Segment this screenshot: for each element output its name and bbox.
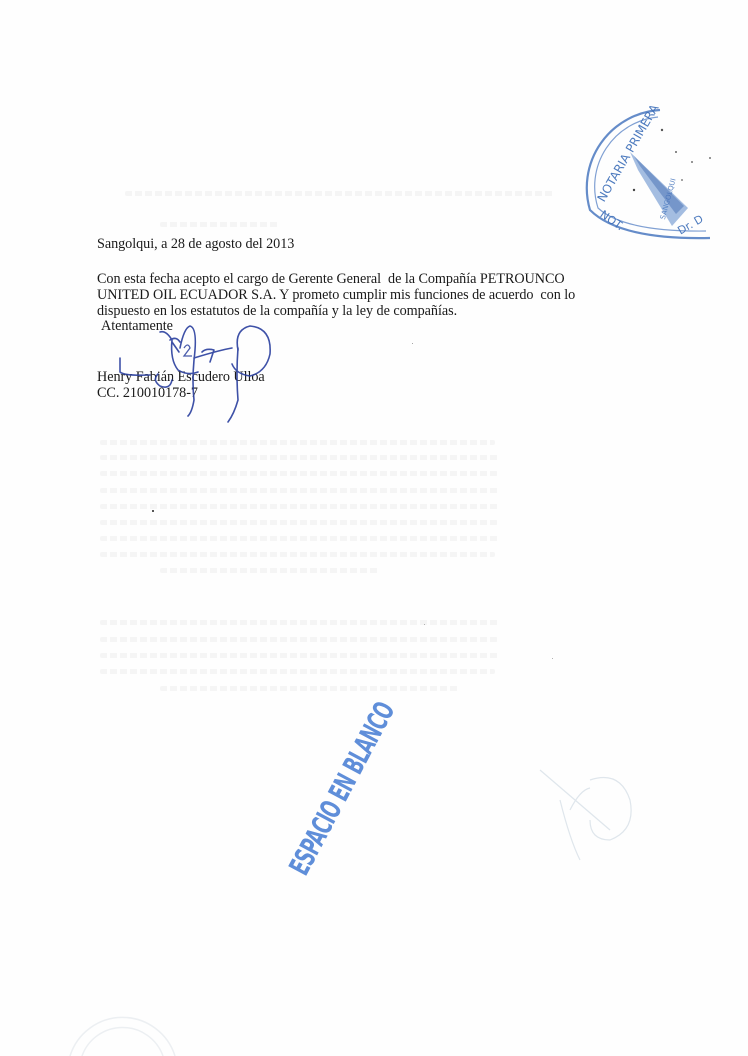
blank-space-stamp: ESPACIO EN BLANCO [283,723,388,881]
faint-bleed-signature [530,760,670,880]
notary-seal-stamp: NOTARIA PRIMERA NOT. SANGOLQUI Dr. D [560,100,748,250]
stray-mark [552,658,553,659]
place-date: Sangolqui, a 28 de agosto del 2013 [97,236,294,253]
stray-mark [152,510,154,512]
body-line: UNITED OIL ECUADOR S.A. Y prometo cumpli… [97,287,575,304]
handwritten-signature [110,320,310,430]
body-line: Con esta fecha acepto el cargo de Gerent… [97,271,565,288]
faint-bleed-seal [60,975,180,1056]
document-page: NOTARIA PRIMERA NOT. SANGOLQUI Dr. D San… [0,0,748,1056]
stray-mark [412,343,413,344]
stray-mark [424,624,425,625]
